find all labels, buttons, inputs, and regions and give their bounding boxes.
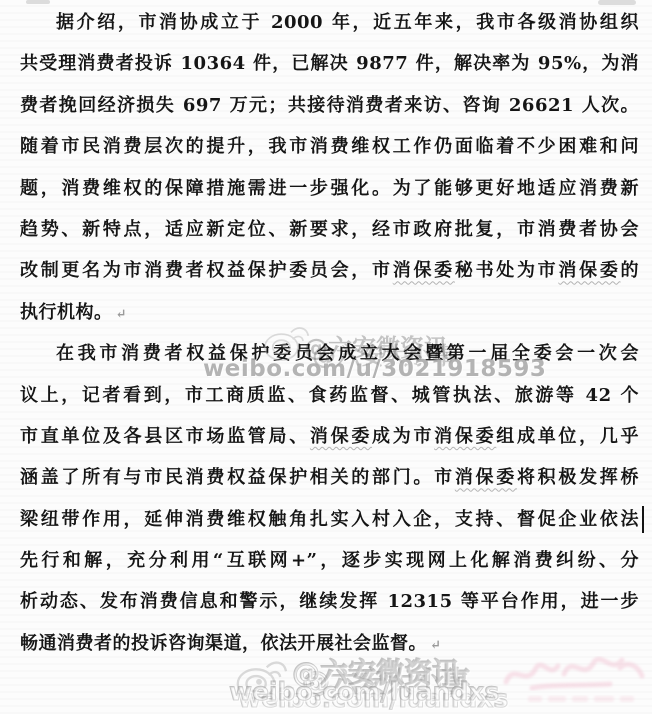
text-run: 市直单位及各县区市场监管局、 [20,426,310,447]
document-text[interactable]: 据介绍，市消协成立于 2000 年，近五年来，我市各级消协组织共受理消费者投诉 … [20,2,639,664]
text-run: 先行和解，充分利用“互联网+”，逐步实现网上化解消费纠纷、分 [20,550,639,571]
text-run: 执行机构。 [20,302,113,323]
text-run: 改制更名为市消费者权益保护委员会，市 [20,260,393,281]
text-run: 题，消费维权的保障措施需进一步强化。为了能够更好地适应消费新 [20,178,639,199]
text-line: 共受理消费者投诉 10364 件，已解决 9877 件，解决率为 95%，为消 [20,43,639,84]
text-run: 趋势、新特点，适应新定位、新要求，经市政府批复，市消费者协会 [20,219,639,240]
text-line: 题，消费维权的保障措施需进一步强化。为了能够更好地适应消费新 [20,168,639,209]
paragraph-mark-icon: ↵ [430,638,441,653]
watermark-url: weibo.com/luandxs [229,677,499,706]
paragraph-mark-icon: ↵ [116,307,127,322]
text-cursor [642,506,644,533]
text-line: 梁纽带作用，延伸消费维权触角扎实入村入企，支持、督促企业依法 [20,499,639,540]
text-run: 秘书处为市 [455,260,559,281]
spellcheck-underlined-text: 消保委 [310,426,372,447]
text-run: 共受理消费者投诉 10364 件，已解决 9877 件，解决率为 95%，为消 [20,53,639,74]
text-run: 组成单位，几乎 [496,426,639,447]
watermark-handle: @六安大小事 [302,660,470,700]
text-line: 随着市民消费层次的提升，我市消费维权工作仍面临着不少困难和问 [20,126,639,167]
text-line: 趋势、新特点，适应新定位、新要求，经市政府批复，市消费者协会 [20,209,639,250]
spellcheck-underlined-text: 消保委 [455,467,517,488]
spellcheck-underlined-text: 消保委 [434,426,496,447]
spellcheck-underlined-text: 消保委 [393,260,455,281]
text-line: 畅通消费者的投诉咨询渠道，依法开展社会监督。↵ [20,623,639,664]
text-line: 执行机构。↵ [20,292,639,333]
document-photo: { "document": { "pmark_glyph": "↵", "lin… [0,0,652,714]
text-run: 析动态、发布消费信息和警示，继续发挥 12315 等平台作用，进一步 [20,591,639,612]
text-line: 改制更名为市消费者权益保护委员会，市消保委秘书处为市消保委的 [20,250,639,291]
text-line: 据介绍，市消协成立于 2000 年，近五年来，我市各级消协组织 [20,2,639,43]
text-line: 析动态、发布消费信息和警示，继续发挥 12315 等平台作用，进一步 [20,581,639,622]
text-run: 据介绍，市消协成立于 2000 年，近五年来，我市各级消协组织 [56,12,639,33]
spellcheck-underlined-text: 消保委 [558,260,620,281]
text-run: 议上，记者看到，市工商质监、食药监督、城管执法、旅游等 42 个 [20,385,639,406]
text-line: 涵盖了所有与市民消费权益保护相关的部门。市消保委将积极发挥桥 [20,457,639,498]
text-line: 市直单位及各县区市场监管局、消保委成为市消保委组成单位，几乎 [20,416,639,457]
text-run: 畅通消费者的投诉咨询渠道，依法开展社会监督。 [20,633,427,654]
text-run: 涵盖了所有与市民消费权益保护相关的部门。市 [20,467,455,488]
text-run: 成为市 [372,426,434,447]
text-line: 议上，记者看到，市工商质监、食药监督、城管执法、旅游等 42 个 [20,375,639,416]
text-run: 费者挽回经济损失 697 万元；共接待消费者来访、咨询 26621 人次。 [20,95,639,116]
text-run: 在我市消费者权益保护委员会成立大会暨第一届全委会一次会 [56,343,639,364]
watermark-url: weibo.com/luandxs [238,684,508,713]
text-line: 先行和解，充分利用“互联网+”，逐步实现网上化解消费纠纷、分 [20,540,639,581]
text-run: 的 [621,260,640,281]
text-run: 将积极发挥桥 [517,467,639,488]
text-line: 在我市消费者权益保护委员会成立大会暨第一届全委会一次会 [20,333,639,374]
text-run: 随着市民消费层次的提升，我市消费维权工作仍面临着不少困难和问 [20,136,639,157]
text-line: 费者挽回经济损失 697 万元；共接待消费者来访、咨询 26621 人次。 [20,85,639,126]
text-run: 梁纽带作用，延伸消费维权触角扎实入村入企，支持、督促企业依法 [20,509,639,530]
